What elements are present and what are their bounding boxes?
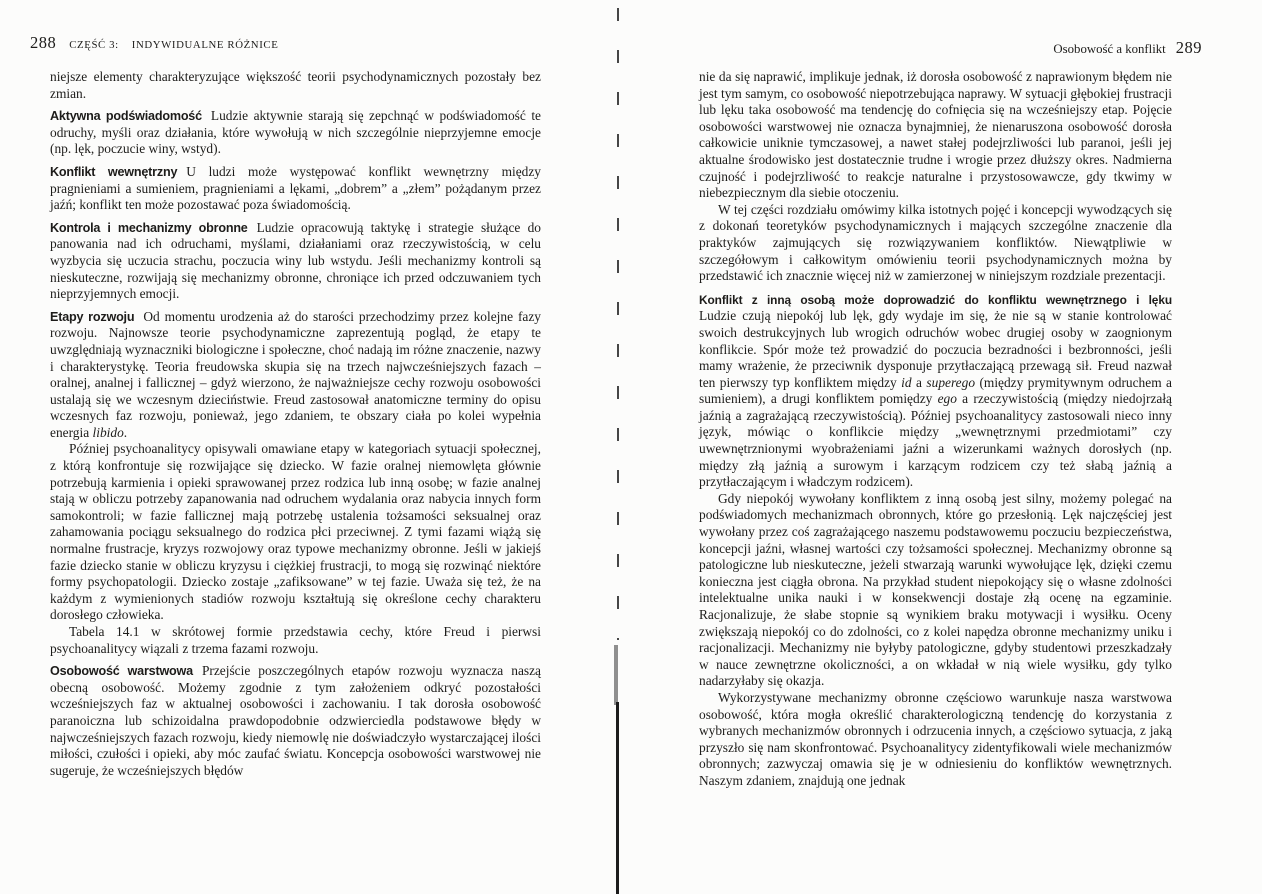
section-text-conflict-anxiety: Ludzie czują niepokój lub lęk, gdy wydaj… [699, 308, 1172, 491]
book-spread: 288 CZĘŚĆ 3: INDYWIDUALNE RÓŻNICE Osobow… [0, 0, 1262, 894]
chapter-title: Osobowość a konflikt [1053, 42, 1165, 57]
right-page-text-column: nie da się naprawić, implikuje jednak, i… [699, 69, 1172, 790]
continuation-paragraph: nie da się naprawić, implikuje jednak, i… [699, 69, 1172, 202]
part-label: CZĘŚĆ 3: [69, 39, 119, 51]
page-fold-dashed-line [617, 8, 619, 640]
section-development-stages: Etapy rozwojuOd momentu urodzenia aż do … [50, 309, 541, 442]
section-heading-layered-personality: Osobowość warstwowa [50, 664, 193, 678]
part-title: INDYWIDUALNE RÓŻNICE [132, 39, 279, 51]
section-heading-development-stages: Etapy rozwoju [50, 310, 134, 324]
page-fold-gray-segment [614, 645, 618, 705]
section-inner-conflict: Konflikt wewnętrznyU ludzi może występow… [50, 164, 541, 214]
paragraph-defense-usage: Wykorzystywane mechanizmy obronne części… [699, 690, 1172, 790]
paragraph-table-reference: Tabela 14.1 w skrótowej formie przedstaw… [50, 624, 541, 657]
section-active-subconscious: Aktywna podświadomośćLudzie aktywnie sta… [50, 108, 541, 158]
paragraph-later-psychoanalysts: Później psychoanalitycy opisywali omawia… [50, 441, 541, 624]
continuation-paragraph: niejsze elementy charakteryzujące większ… [50, 69, 541, 102]
left-page-text-column: niejsze elementy charakteryzujące większ… [50, 69, 541, 779]
section-heading-conflict-anxiety: Konflikt z inną osobą może doprowadzić d… [699, 292, 1172, 309]
section-heading-control-defenses: Kontrola i mechanizmy obronne [50, 221, 248, 235]
paragraph-anxiety-defense-mechanisms: Gdy niepokój wywołany konfliktem z inną … [699, 491, 1172, 690]
left-page-number: 288 [30, 33, 56, 53]
section-heading-active-subconscious: Aktywna podświadomość [50, 109, 202, 123]
section-text: Od momentu urodzenia aż do starości prze… [50, 309, 541, 440]
right-running-head: Osobowość a konflikt 289 [1053, 38, 1202, 58]
section-heading-inner-conflict: Konflikt wewnętrzny [50, 165, 177, 179]
section-text: Przejście poszczególnych etapów rozwoju … [50, 663, 541, 778]
page-fold-solid-line [616, 702, 619, 894]
left-running-head: 288 CZĘŚĆ 3: INDYWIDUALNE RÓŻNICE [30, 33, 278, 53]
right-page-number: 289 [1176, 38, 1202, 58]
section-control-defenses: Kontrola i mechanizmy obronneLudzie opra… [50, 220, 541, 303]
paragraph-chapter-overview: W tej części rozdziału omówimy kilka ist… [699, 202, 1172, 285]
section-layered-personality: Osobowość warstwowaPrzejście poszczególn… [50, 663, 541, 779]
